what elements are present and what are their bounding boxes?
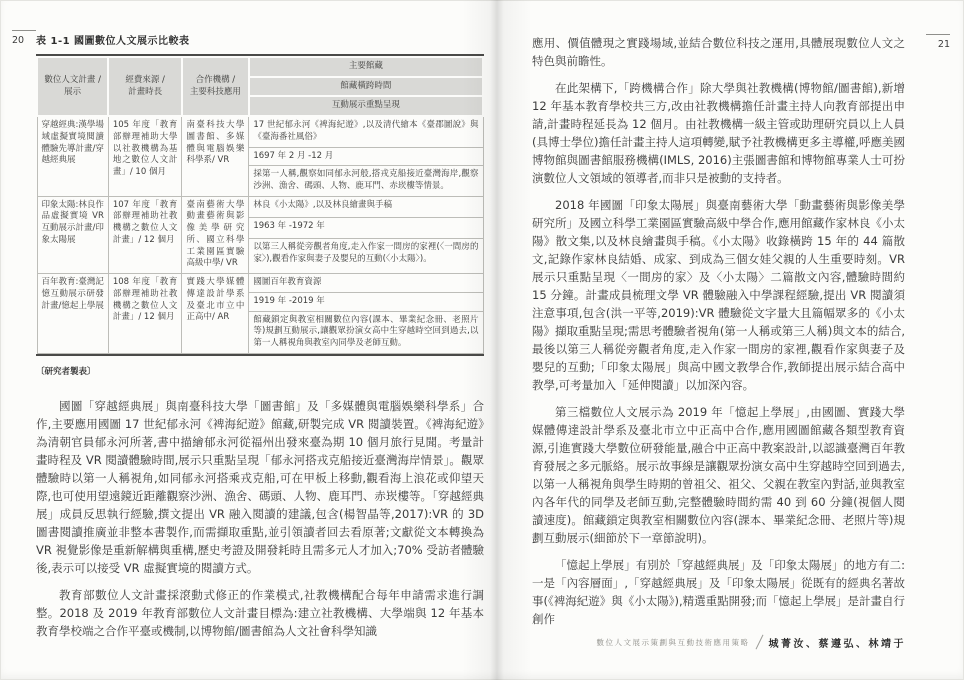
header-collection: 主要館藏: [249, 57, 483, 77]
cell-period: 1697 年 2 月 -12 月: [249, 147, 483, 166]
footer-authors: 城菁汝、蔡遵弘、林靖于: [769, 635, 907, 650]
header-plan: 數位人文計畫 / 展示: [37, 57, 108, 116]
header-interaction: 互動展示重點呈現: [249, 96, 483, 116]
cell-partner: 臺南藝術大學動畫藝術與影像美學研究所、國立科學工業園區實驗高級中學/ VR: [182, 196, 249, 273]
table-row: 百年教育:臺灣記憶互動展示研發計畫/憶起上學展 108 年度「教育部辦理補助社教…: [37, 274, 483, 293]
cell-funding: 108 年度「教育部辦理補助社教機構之數位人文計畫」/ 12 個月: [108, 274, 182, 354]
table-title: 表 1-1 國圖數位人文展示比較表: [36, 32, 484, 47]
cell-collection: 國圖百年教育資源: [249, 274, 483, 293]
left-body-text: 國圖「穿越經典展」與南臺科技大學「圖書館」及「多媒體與電腦娛樂科學系」合作,主要…: [36, 397, 484, 640]
comparison-table: 數位人文計畫 / 展示 經費來源 / 計畫時長 合作機構 / 主要科技應用 主要…: [36, 56, 484, 354]
book-footer: 數位人文展示策劃與互動技術應用策略 城菁汝、蔡遵弘、林靖于: [597, 634, 907, 650]
paragraph: 「憶起上學展」有別於「穿越經典展」及「印象太陽展」的地方有二:一是「內容層面」,…: [532, 556, 905, 628]
left-page: 表 1-1 國圖數位人文展示比較表 數位人文計畫 / 展示 經費來源 / 計畫時…: [36, 32, 484, 649]
cell-period: 1963 年 -1972 年: [249, 218, 483, 239]
cell-collection: 林良《小太陽》,以及林良繪畫與手稿: [249, 196, 483, 217]
paragraph: 在此架構下,「跨機構合作」除大學與社教機構(博物館/圖書館),新增 12 年基本…: [532, 79, 905, 187]
cell-collection: 17 世紀郁永河《裨海紀遊》,以及清代繪本《臺郡圖說》與《臺海番社風俗》: [249, 116, 483, 147]
table-row: 印象太陽:林良作品虛擬實境 VR 互動展示計畫/印象太陽展 107 年度「教育部…: [37, 196, 483, 217]
cell-period: 1919 年 -2019 年: [249, 292, 483, 311]
cell-partner: 南臺科技大學圖書館、多媒體與電腦娛樂科學系/ VR: [182, 116, 249, 196]
page-number-right: 21: [926, 34, 950, 50]
right-page: 應用、價值體現之實踐場域,並結合數位科技之運用,具體展現數位人文之特色與前瞻性。…: [532, 34, 905, 637]
paragraph: 應用、價值體現之實踐場域,並結合數位科技之運用,具體展現數位人文之特色與前瞻性。: [532, 34, 905, 70]
cell-interaction: 採第一人稱,觀察如同郁永河般,搭戎克船接近臺灣海岸,觀察沙洲、漁舍、碼頭、人物、…: [249, 166, 483, 196]
comparison-table-wrapper: 數位人文計畫 / 展示 經費來源 / 計畫時長 合作機構 / 主要科技應用 主要…: [36, 54, 484, 356]
header-partner: 合作機構 / 主要科技應用: [182, 57, 249, 116]
paragraph: 第三檔數位人文展示為 2019 年「憶起上學展」,由國圖、實踐大學媒體傳達設計學…: [532, 403, 905, 547]
footer-slash-divider: [755, 635, 763, 650]
researcher-note: 〔研究者製表〕: [36, 365, 484, 377]
cell-plan: 印象太陽:林良作品虛擬實境 VR 互動展示計畫/印象太陽展: [37, 196, 108, 273]
paragraph: 2018 年國圖「印象太陽展」與臺南藝術大學「動畫藝術與影像美學研究所」及國立科…: [532, 196, 905, 394]
cell-funding: 107 年度「教育部辦理補助社教機構之數位人文計畫」/ 12 個月: [108, 196, 182, 273]
page-number-left: 20: [12, 30, 36, 46]
cell-interaction: 以第三人稱從旁觀者角度,走入作家一間房的家裡(〈一間房的家〉),觀看作家與妻子及…: [249, 239, 483, 274]
cell-interaction: 館藏鎖定與教室相關數位內容(課本、畢業紀念冊、老照片等)規劃互動展示,讓觀眾扮演…: [249, 311, 483, 353]
footer-book-title: 數位人文展示策劃與互動技術應用策略: [597, 637, 750, 648]
cell-plan: 百年教育:臺灣記憶互動展示研發計畫/憶起上學展: [37, 274, 108, 354]
cell-plan: 穿越經典:漢學場域虛擬實境閱讀體驗先導計畫/穿越經典展: [37, 116, 108, 196]
paragraph: 教育部數位人文計畫採滾動式修正的作業模式,社教機構配合每年申請需求進行調整。20…: [36, 586, 484, 640]
header-funding: 經費來源 / 計畫時長: [108, 57, 182, 116]
cell-partner: 實踐大學媒體傳達設計學系及臺北市立中正高中/ AR: [182, 274, 249, 354]
cell-funding: 105 年度「教育部辦理補助大學以社教機構為基地之數位人文計畫」/ 10 個月: [108, 116, 182, 196]
header-period: 館藏橫跨時間: [249, 77, 483, 97]
table-row: 穿越經典:漢學場域虛擬實境閱讀體驗先導計畫/穿越經典展 105 年度「教育部辦理…: [37, 116, 483, 147]
paragraph: 國圖「穿越經典展」與南臺科技大學「圖書館」及「多媒體與電腦娛樂科學系」合作,主要…: [36, 397, 484, 577]
book-spread: 20 21 表 1-1 國圖數位人文展示比較表 數位人文計畫 / 展示 經費來源…: [0, 0, 964, 680]
